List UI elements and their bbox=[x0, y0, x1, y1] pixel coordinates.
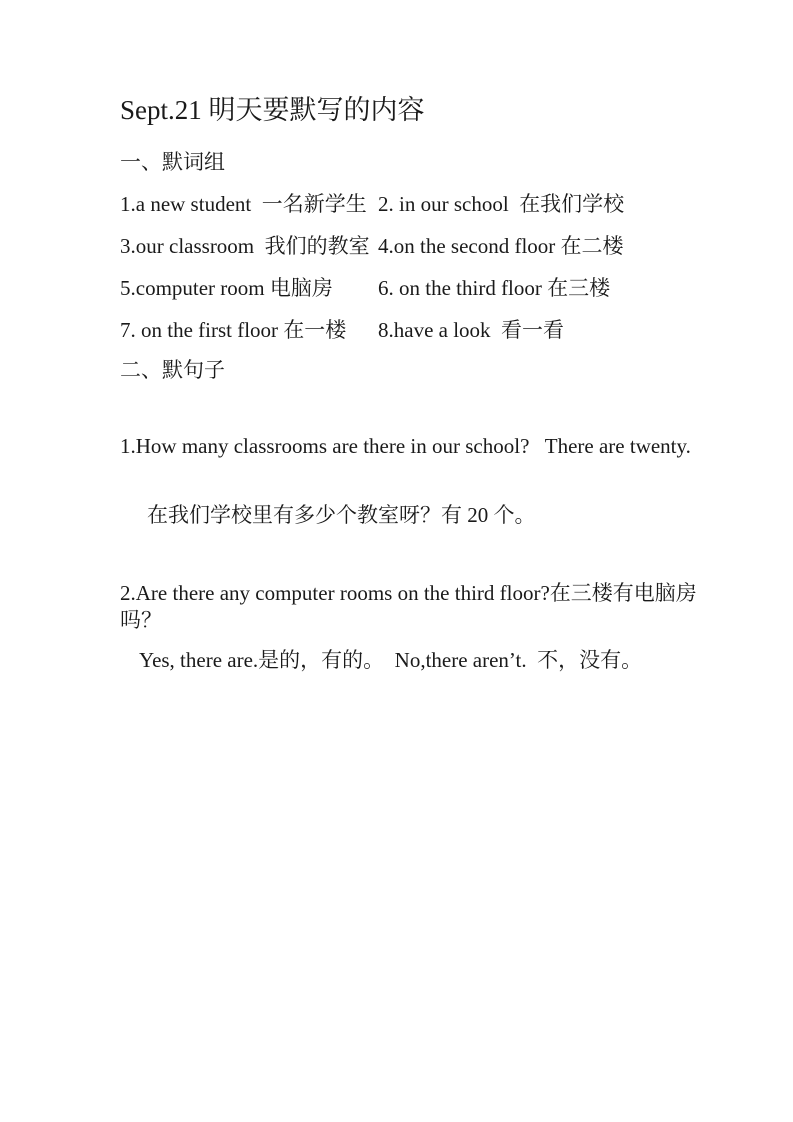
document-title: Sept.21 明天要默写的内容 bbox=[120, 92, 737, 128]
phrase-row: 7. on the first floor 在一楼 8.have a look … bbox=[120, 317, 737, 344]
question-1-translation: 在我们学校里有多少个教室呀？有 20 个。 bbox=[120, 504, 737, 527]
phrase-1: 1.a new student 一名新学生 bbox=[120, 191, 378, 218]
phrase-5: 5.computer room 电脑房 bbox=[120, 275, 378, 302]
question-2-answers: Yes, there are.是的，有的。 No,there aren’t. 不… bbox=[120, 647, 737, 674]
phrase-4: 4.on the second floor 在二楼 bbox=[378, 233, 737, 260]
phrase-row: 5.computer room 电脑房 6. on the third floo… bbox=[120, 275, 737, 302]
question-1-english: 1.How many classrooms are there in our s… bbox=[120, 435, 737, 458]
question-1-block: 1.How many classrooms are there in our s… bbox=[120, 389, 737, 573]
phrase-3: 3.our classroom 我们的教室 bbox=[120, 233, 378, 260]
phrase-2: 2. in our school 在我们学校 bbox=[378, 191, 737, 218]
phrase-row: 1.a new student 一名新学生 2. in our school 在… bbox=[120, 191, 737, 218]
question-2-line: 2.Are there any computer rooms on the th… bbox=[120, 580, 737, 634]
phrase-6: 6. on the third floor 在三楼 bbox=[378, 275, 737, 302]
section-2-heading: 二、默句子 bbox=[120, 357, 737, 384]
section-1-heading: 一、默词组 bbox=[120, 149, 737, 176]
document-page: Sept.21 明天要默写的内容 一、默词组 1.a new student 一… bbox=[0, 0, 793, 1122]
phrase-row: 3.our classroom 我们的教室 4.on the second fl… bbox=[120, 233, 737, 260]
phrase-7: 7. on the first floor 在一楼 bbox=[120, 317, 378, 344]
phrase-8: 8.have a look 看一看 bbox=[378, 317, 737, 344]
